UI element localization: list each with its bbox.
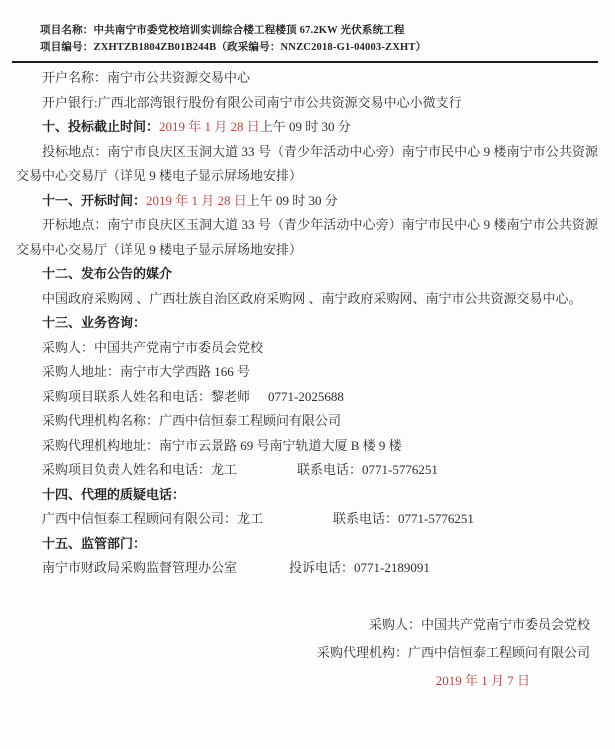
complaint-phone: 投诉电话：0771-2189091 (289, 560, 430, 575)
project-contact-line: 采购项目联系人姓名和电话：黎老师0771-2025688 (16, 385, 598, 410)
project-leader-label: 采购项目负责人姓名和电话：龙工 (42, 462, 237, 477)
opening-time-label: 十一、开标时间： (42, 193, 146, 208)
agency-address-line: 采购代理机构地址：南宁市云景路 69 号南宁轨道大厦 B 楼 9 楼 (16, 434, 598, 459)
signature-agency-line: 采购代理机构：广西中信恒泰工程顾问有限公司 (16, 639, 590, 667)
agency-query-contact: 广西中信恒泰工程顾问有限公司：龙工 (42, 511, 263, 526)
document-body: 开户名称：南宁市公共资源交易中心 开户银行:广西北部湾银行股份有限公司南宁市公共… (16, 66, 598, 581)
regulator-section-heading: 十五、监管部门： (16, 532, 598, 557)
regulator-department: 南宁市财政局采购监督管理办公室 (42, 560, 237, 575)
project-contact-phone: 0771-2025688 (268, 389, 344, 404)
document-meta-header: 项目名称：中共南宁市委党校培训实训综合楼工程楼顶 67.2KW 光伏系统工程 项… (40, 22, 598, 56)
project-name-line: 项目名称：中共南宁市委党校培训实训综合楼工程楼顶 67.2KW 光伏系统工程 (40, 22, 598, 39)
project-contact-label: 采购项目联系人姓名和电话：黎老师 (42, 389, 250, 404)
opening-time-line: 十一、开标时间：2019 年 1 月 28 日上午 09 时 30 分 (16, 189, 598, 214)
opening-time-time: 上午 09 时 30 分 (247, 193, 338, 208)
regulator-line: 南宁市财政局采购监督管理办公室投诉电话：0771-2189091 (16, 556, 598, 581)
purchaser-line: 采购人：中国共产党南宁市委员会党校 (16, 336, 598, 361)
bid-deadline-line: 十、投标截止时间：2019 年 1 月 28 日上午 09 时 30 分 (16, 115, 598, 140)
signature-date-line: 2019 年 1 月 7 日 (16, 667, 590, 695)
bid-deadline-time: 上午 09 时 30 分 (260, 119, 351, 134)
bid-deadline-date: 2019 年 1 月 28 日 (159, 119, 260, 134)
account-bank-line: 开户银行:广西北部湾银行股份有限公司南宁市公共资源交易中心小微支行 (16, 91, 598, 116)
agency-query-phone: 联系电话：0771-5776251 (333, 511, 474, 526)
project-leader-line: 采购项目负责人姓名和电话：龙工联系电话：0771-5776251 (16, 458, 598, 483)
media-list-line: 中国政府采购网 、广西壮族自治区政府采购网 、南宁政府采购网、南宁市公共资源交易… (16, 287, 598, 312)
purchaser-address-line: 采购人地址：南宁市大学西路 166 号 (16, 360, 598, 385)
agency-name-line: 采购代理机构名称：广西中信恒泰工程顾问有限公司 (16, 409, 598, 434)
query-phone-section-heading: 十四、代理的质疑电话： (16, 483, 598, 508)
account-name-line: 开户名称：南宁市公共资源交易中心 (16, 66, 598, 91)
project-number-line: 项目编号：ZXHTZB1804ZB01B244B（政采编号：NNZC2018-G… (40, 39, 598, 56)
document-page: 项目名称：中共南宁市委党校培训实训综合楼工程楼顶 67.2KW 光伏系统工程 项… (0, 0, 615, 749)
agency-query-line: 广西中信恒泰工程顾问有限公司：龙工联系电话：0771-5776251 (16, 507, 598, 532)
project-leader-phone: 联系电话：0771-5776251 (297, 462, 438, 477)
bid-deadline-label: 十、投标截止时间： (42, 119, 159, 134)
bid-location-line: 投标地点：南宁市良庆区玉洞大道 33 号（青少年活动中心旁）南宁市民中心 9 楼… (16, 140, 598, 189)
media-section-heading: 十二、发布公告的媒介 (16, 262, 598, 287)
consult-section-heading: 十三、业务咨询： (16, 311, 598, 336)
opening-location-line: 开标地点：南宁市良庆区玉洞大道 33 号（青少年活动中心旁）南宁市民中心 9 楼… (16, 213, 598, 262)
signature-block: 采购人：中国共产党南宁市委员会党校 采购代理机构：广西中信恒泰工程顾问有限公司 … (16, 611, 590, 695)
signature-purchaser-line: 采购人：中国共产党南宁市委员会党校 (16, 611, 590, 639)
opening-time-date: 2019 年 1 月 28 日 (146, 193, 247, 208)
header-divider (12, 61, 598, 63)
